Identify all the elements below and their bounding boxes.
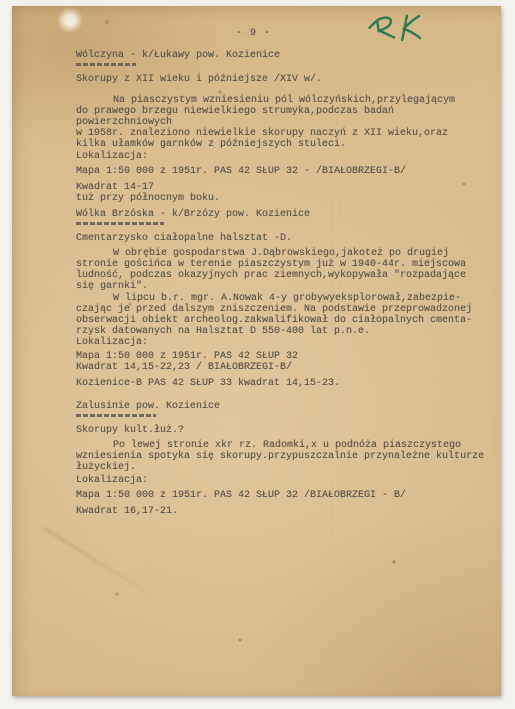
map-reference-extra: Kozienice-B PAS 42 SŁUP 33 kwadrat 14,15… bbox=[76, 378, 489, 389]
map-reference: Mapa 1:50 000 z 1951r. PAS 42 SŁUP 32 Kw… bbox=[76, 351, 489, 373]
page-number: - 9 - bbox=[236, 28, 489, 39]
quadrant-reference: Kwadrat 14-17 tuż przy północnym boku. bbox=[76, 182, 489, 204]
site-heading: Wólka Brzóska - k/Brzózy pow. Kozienice bbox=[76, 209, 489, 220]
site-heading: Zalusinie pow. Kozienice bbox=[76, 401, 489, 412]
location-label: Lokalizacja: bbox=[76, 337, 489, 348]
find-description: Skorupy kult.łuż.? bbox=[76, 425, 489, 436]
map-reference: Mapa 1:50 000 z 1951r. PAS 42 SŁUP 32 /B… bbox=[76, 490, 489, 501]
paragraph: Na piasczystym wzniesieniu pól wólczyńsk… bbox=[76, 95, 489, 150]
location-label: Lokalizacja: bbox=[76, 151, 489, 162]
paragraph: W obrębie gospodarstwa J.Dąbrowskiego,ja… bbox=[76, 248, 489, 292]
quadrant-reference: Kwadrat 16,17-21. bbox=[76, 506, 489, 517]
map-reference: Mapa 1:50 000 z 1951r. PAS 42 SŁUP 32 - … bbox=[76, 166, 489, 177]
scanned-page: - 9 - Wólczyna - k/Łukawy pow. Kozienice… bbox=[12, 6, 501, 696]
site-heading: Wólczyna - k/Łukawy pow. Kozienice bbox=[76, 50, 489, 61]
heading-underline bbox=[76, 63, 136, 66]
page-content: - 9 - Wólczyna - k/Łukawy pow. Kozienice… bbox=[12, 6, 501, 696]
heading-underline bbox=[76, 414, 156, 417]
paragraph: Po lewej stronie xkr rz. Radomki,x u pod… bbox=[76, 440, 489, 473]
find-description: Cmentarzysko ciałopalne halsztat -D. bbox=[76, 233, 489, 244]
heading-underline bbox=[76, 222, 164, 225]
find-description: Skorupy z XII wieku i późniejsze /XIV w/… bbox=[76, 74, 489, 85]
paragraph: W lipcu b.r. mgr. A.Nowak 4-y grobywyeks… bbox=[76, 293, 489, 337]
location-label: Lokalizacja: bbox=[76, 475, 489, 486]
